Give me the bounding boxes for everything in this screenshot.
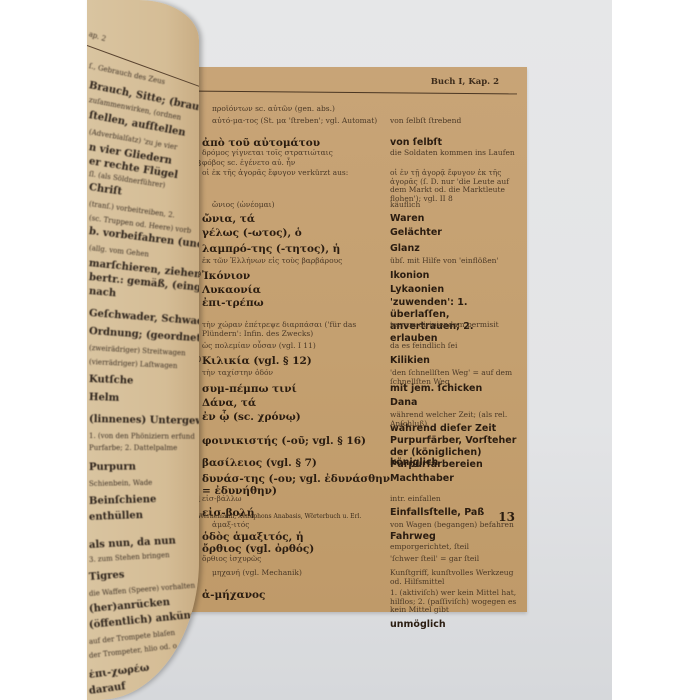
left-page-line: enthüllen (89, 510, 143, 523)
greek-term: ὡς πολεμίαν οὖσαν (vgl. I 11) (202, 342, 392, 351)
greek-term: δρόμος γίγνεται τοῖς στρατιώταις (202, 149, 392, 158)
left-page-line: ἐπι-χωρέω (88, 663, 150, 681)
greek-term: προϊόντων sc. αὐτῶν (gen. abs.) (212, 105, 402, 114)
german-gloss: Lykaonien (390, 284, 520, 296)
german-gloss: intr. einfallen (390, 495, 520, 504)
greek-term: εἰσ-βάλλω (202, 495, 392, 504)
greek-term: ἐκ τῶν Ἑλλήνων εἰς τοὺς βαρβάρους (202, 257, 392, 266)
greek-term: ἐπι-τρέπω (202, 297, 392, 309)
german-gloss: übſ. mit Hilfe von 'einflößen' (390, 257, 520, 266)
greek-term: Κιλικία (vgl. § 12) (202, 355, 392, 367)
left-page-line: der Trompeter, hlio od. o (89, 642, 178, 660)
left-page-line: die Waffen (Speere) vorhalten (89, 582, 196, 598)
german-gloss: Gelächter (390, 227, 520, 239)
german-gloss: Glanz (390, 243, 520, 255)
german-gloss: während dieſer Zeit (390, 423, 520, 435)
footer-imprint: 3 Wernemann, Xenophons Anabasis, Wörterb… (192, 513, 361, 520)
greek-term: συμ-πέμπω τινί (202, 383, 392, 395)
left-running-head: ap. 2 (88, 30, 107, 43)
german-gloss: Ikonion (390, 270, 520, 282)
left-page-line: 3. zum Stehen bringen (89, 551, 170, 564)
greek-term: ἐν ᾧ (sc. χρόνῳ) (202, 411, 392, 423)
greek-term: ὄρθιος ἰσχυρῶς (202, 555, 392, 564)
greek-term: ὤνιος (ὠνέομαι) (212, 201, 402, 210)
left-page-line: (linnenes) Untergewand, Leib (89, 414, 199, 428)
german-gloss: Waren (390, 213, 520, 225)
german-gloss: die Soldaten kommen ins Laufen (390, 149, 520, 158)
greek-term: φόβος sc. ἐγένετο αὐ. ἦν (202, 159, 392, 168)
page-number: 13 (498, 510, 515, 524)
greek-term: τὴν χώραν ἐπέτρεψε διαρπάσαι ('für das P… (202, 321, 392, 338)
right-page: Buch I, Kap. 2 προϊόντων sc. αὐτῶν (gen.… (190, 67, 527, 612)
left-page-curled[interactable]: ap. 2 ſ., Gebrauch des ZeusBrauch, Sitte… (87, 0, 199, 700)
left-page-line: Purpurn (89, 462, 136, 473)
left-page-line: Kutſche (89, 374, 134, 387)
greek-term: ἀ-μήχανος (202, 589, 392, 601)
left-page-line: Chriſt (88, 182, 122, 198)
german-gloss: käuflich (390, 201, 520, 210)
left-page-line: (vierrädriger) Laſtwagen (89, 358, 178, 370)
left-page-line: Purfarbe; 2. Dattelpalme (89, 444, 177, 452)
greek-term: φοινικιστής (-οῦ; vgl. § 16) (202, 435, 392, 447)
left-page-line: darauf (88, 681, 126, 697)
left-page-line: 1. (von den Phöniziern erfund (89, 432, 195, 441)
left-page-line: als nun, da nun (89, 535, 176, 551)
german-gloss: da es feindlich ſei (390, 342, 520, 351)
running-head: Buch I, Kap. 2 (198, 77, 519, 87)
greek-term: ὁδὸς ἁμαξιτός, ἡ (202, 531, 392, 543)
greek-term: λαμπρό-της (-τητος), ἡ (202, 243, 392, 255)
greek-term: αὐτό-μα-τος (St. μα 'ſtreben'; vgl. Auto… (212, 117, 402, 126)
greek-term: ἁμαξ-ιτός (212, 521, 402, 530)
left-page-line: Geſchwader, Schwadron (89, 308, 199, 329)
german-gloss: von ſelbſt ſtrebend (390, 117, 520, 126)
greek-term: γέλως (-ωτος), ὁ (202, 227, 392, 239)
greek-term: Ἰκόνιον (202, 270, 392, 282)
german-gloss: Kilikien (390, 355, 520, 367)
left-page-line: (allg. vom Gehen (89, 244, 150, 259)
german-gloss: 1. (aktiviſch) wer kein Mittel hat, hilf… (390, 589, 520, 615)
german-gloss: Dana (390, 397, 520, 409)
left-page-line: (zweirädriger) Streitwagen (89, 344, 186, 357)
left-page-line: Beinſchiene (89, 494, 157, 507)
german-gloss: emporgerichtet, ſteil (390, 543, 520, 552)
german-gloss: mit jem. ſchicken (390, 383, 520, 395)
greek-term: ὤνια, τά (202, 213, 392, 225)
left-page-line: Schienbein, Wade (89, 479, 152, 488)
greek-term: μηχανή (vgl. Mechanik) (212, 569, 402, 578)
german-gloss: königlich (390, 457, 520, 469)
greek-term: Δάνα, τά (202, 397, 392, 409)
german-gloss: οἱ ἐν τῇ ἀγορᾷ ἔφυγον ἐκ τῆς ἀγορᾶς (ſ. … (390, 169, 520, 203)
german-gloss: Kunſtgriff, kunſtvolles Werkzeug od. Hil… (390, 569, 520, 586)
left-page-line: Tigres (89, 570, 125, 583)
left-page-line: nach (89, 286, 117, 299)
greek-term: Λυκαονία (202, 284, 392, 296)
greek-term: βασίλειος (vgl. § 7) (202, 457, 392, 469)
german-gloss: 'ſchwer ſteil' = gar ſteil (390, 555, 520, 564)
greek-term: οἱ ἐκ τῆς ἀγορᾶς ἔφυγον verkürzt aus: (202, 169, 392, 178)
german-gloss: terram diripiendam permisit (390, 321, 520, 330)
greek-term: τὴν ταχίστην ὁδόν (202, 369, 392, 378)
header-rule (198, 91, 517, 95)
left-page-line: Helm (89, 392, 120, 404)
german-gloss: unmöglich (390, 619, 520, 631)
german-gloss: Machthaber (390, 473, 520, 485)
